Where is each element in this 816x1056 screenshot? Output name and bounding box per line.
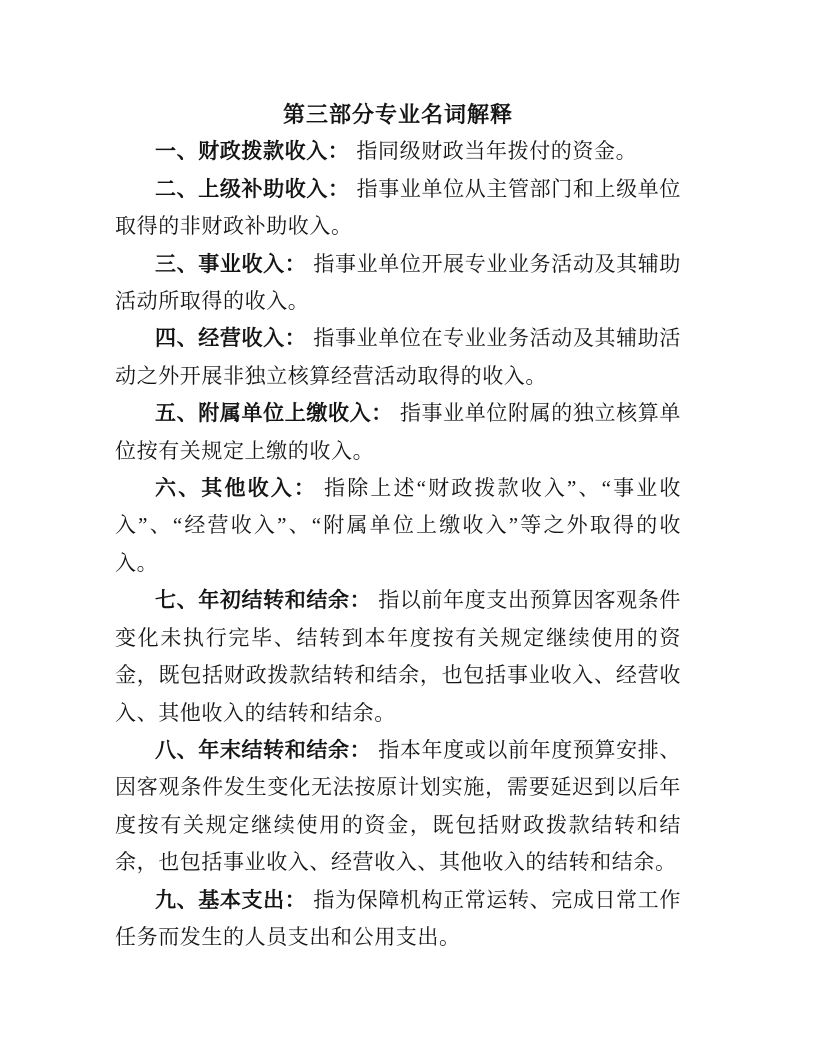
definition-item-1: 一、财政拨款收入：指同级财政当年拨付的资金。 xyxy=(115,133,681,170)
definition-item-6: 六、其他收入：指除上述“财政拨款收入”、“事业收入”、“经营收入”、“附属单位上… xyxy=(115,470,681,582)
definition-item-5: 五、附属单位上缴收入：指事业单位附属的独立核算单位按有关规定上缴的收入。 xyxy=(115,395,681,470)
definition-item-3: 三、事业收入：指事业单位开展专业业务活动及其辅助活动所取得的收入。 xyxy=(115,246,681,321)
term-label: 四、经营收入： xyxy=(155,326,306,350)
document-content: 第三部分专业名词解释 一、财政拨款收入：指同级财政当年拨付的资金。 二、上级补助… xyxy=(115,96,681,956)
term-label: 八、年末结转和结余： xyxy=(155,738,371,762)
term-label: 五、附属单位上缴收入： xyxy=(155,401,393,425)
term-label: 二、上级补助收入： xyxy=(155,177,350,201)
definition-item-2: 二、上级补助收入：指事业单位从主管部门和上级单位取得的非财政补助收入。 xyxy=(115,171,681,246)
definition-item-7: 七、年初结转和结余：指以前年度支出预算因客观条件变化未执行完毕、结转到本年度按有… xyxy=(115,582,681,732)
document-page: 第三部分专业名词解释 一、财政拨款收入：指同级财政当年拨付的资金。 二、上级补助… xyxy=(0,0,816,1056)
document-title: 第三部分专业名词解释 xyxy=(115,96,681,133)
term-label: 七、年初结转和结余： xyxy=(155,588,371,612)
definition-item-8: 八、年末结转和结余：指本年度或以前年度预算安排、因客观条件发生变化无法按原计划实… xyxy=(115,732,681,882)
definition-item-9: 九、基本支出：指为保障机构正常运转、完成日常工作任务而发生的人员支出和公用支出。 xyxy=(115,882,681,957)
term-label: 三、事业收入： xyxy=(155,252,306,276)
term-label: 六、其他收入： xyxy=(155,476,317,500)
term-label: 九、基本支出： xyxy=(155,888,306,912)
term-definition: 指同级财政当年拨付的资金。 xyxy=(349,139,637,163)
definition-item-4: 四、经营收入：指事业单位在专业业务活动及其辅助活动之外开展非独立核算经营活动取得… xyxy=(115,320,681,395)
term-label: 一、财政拨款收入： xyxy=(155,139,349,163)
